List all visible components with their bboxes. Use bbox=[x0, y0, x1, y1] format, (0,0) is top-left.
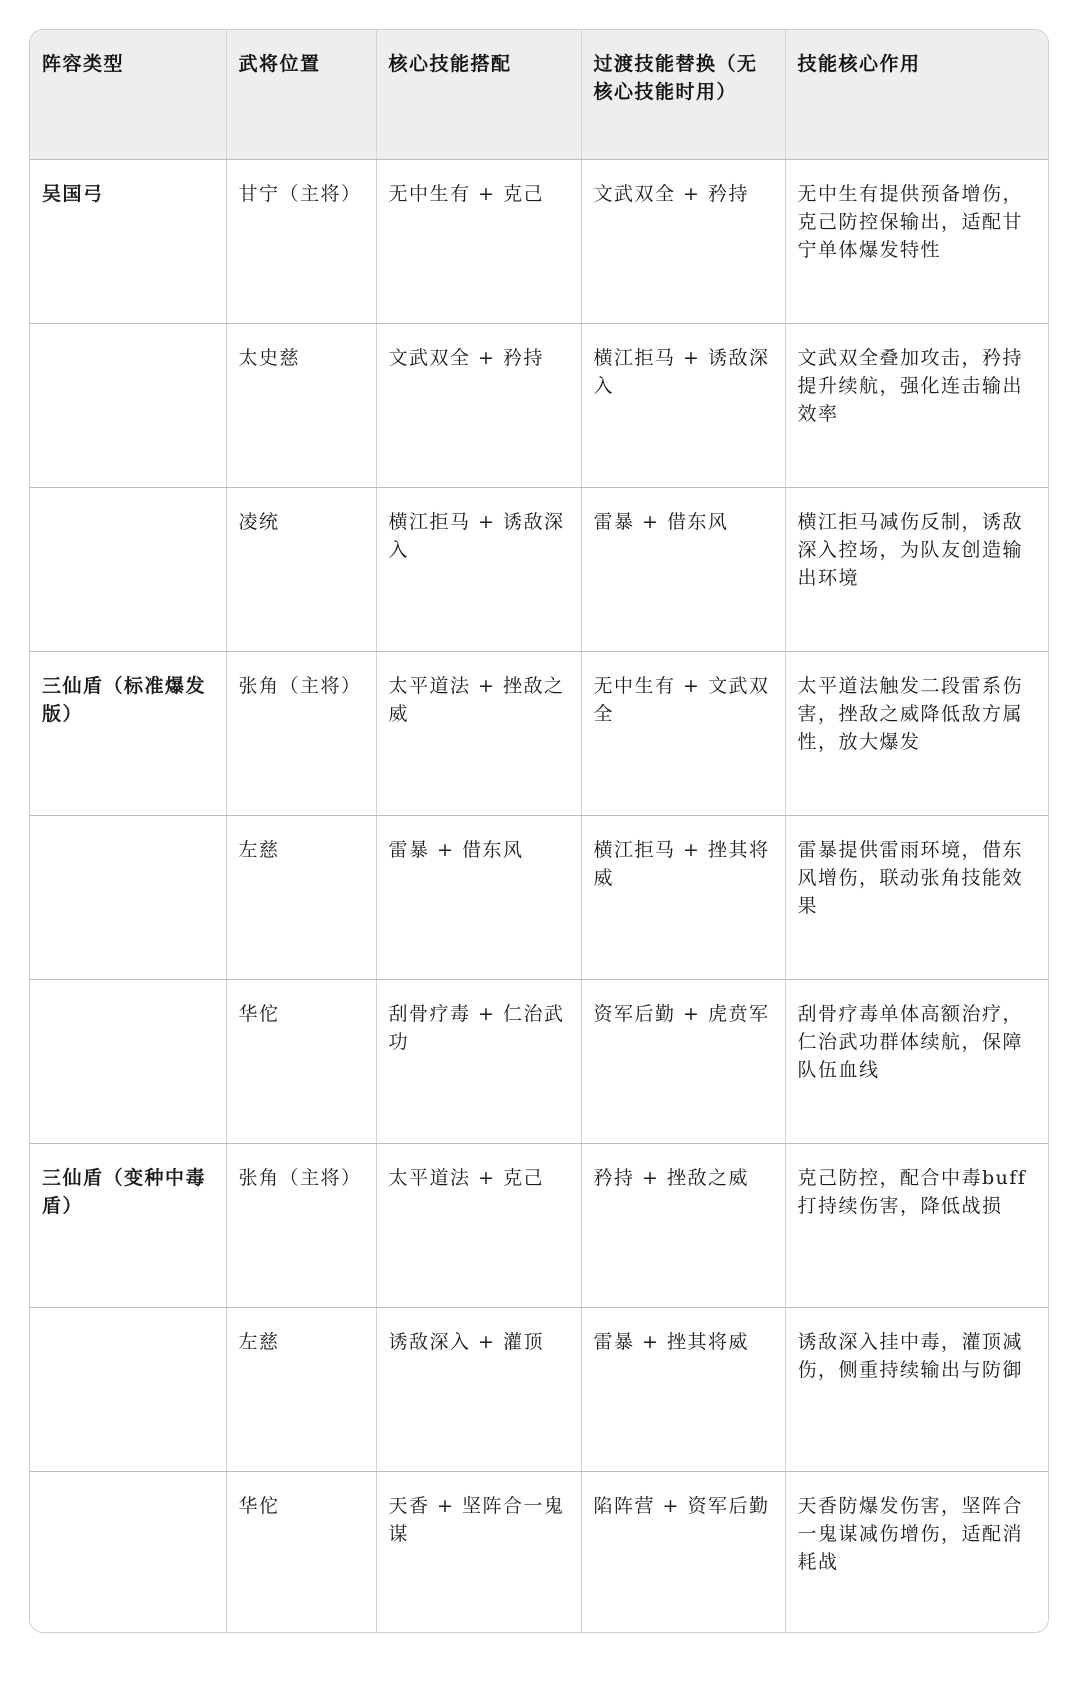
transition-skills-cell: 文武双全 + 矜持 bbox=[581, 159, 785, 323]
lineup-cell bbox=[30, 815, 226, 979]
skill-table: 阵容类型 武将位置 核心技能搭配 过渡技能替换（无核心技能时用） 技能核心作用 … bbox=[30, 30, 1048, 1633]
transition-skills-cell: 矜持 + 挫敌之威 bbox=[581, 1143, 785, 1307]
table-body: 吴国弓 甘宁（主将） 无中生有 + 克己 文武双全 + 矜持 无中生有提供预备增… bbox=[30, 159, 1048, 1633]
transition-skills-cell: 陷阵营 + 资军后勤 bbox=[581, 1471, 785, 1633]
transition-skills-cell: 资军后勤 + 虎贲军 bbox=[581, 979, 785, 1143]
general-cell: 甘宁（主将） bbox=[226, 159, 376, 323]
table-row: 吴国弓 甘宁（主将） 无中生有 + 克己 文武双全 + 矜持 无中生有提供预备增… bbox=[30, 159, 1048, 323]
lineup-cell bbox=[30, 323, 226, 487]
general-cell: 张角（主将） bbox=[226, 1143, 376, 1307]
core-skills-cell: 太平道法 + 克己 bbox=[376, 1143, 581, 1307]
table-row: 华佗 天香 + 坚阵合一鬼谋 陷阵营 + 资军后勤 天香防爆发伤害，坚阵合一鬼谋… bbox=[30, 1471, 1048, 1633]
header-transition-skills: 过渡技能替换（无核心技能时用） bbox=[581, 30, 785, 159]
lineup-cell: 吴国弓 bbox=[30, 159, 226, 323]
effect-cell: 文武双全叠加攻击，矜持提升续航，强化连击输出效率 bbox=[785, 323, 1048, 487]
table-row: 华佗 刮骨疗毒 + 仁治武功 资军后勤 + 虎贲军 刮骨疗毒单体高额治疗，仁治武… bbox=[30, 979, 1048, 1143]
effect-cell: 刮骨疗毒单体高额治疗，仁治武功群体续航，保障队伍血线 bbox=[785, 979, 1048, 1143]
header-skill-effect: 技能核心作用 bbox=[785, 30, 1048, 159]
general-cell: 左慈 bbox=[226, 815, 376, 979]
lineup-cell bbox=[30, 1307, 226, 1471]
transition-skills-cell: 雷暴 + 挫其将威 bbox=[581, 1307, 785, 1471]
table-row: 左慈 雷暴 + 借东风 横江拒马 + 挫其将威 雷暴提供雷雨环境，借东风增伤，联… bbox=[30, 815, 1048, 979]
table-row: 三仙盾（标准爆发版） 张角（主将） 太平道法 + 挫敌之威 无中生有 + 文武双… bbox=[30, 651, 1048, 815]
effect-cell: 横江拒马减伤反制，诱敌深入控场，为队友创造输出环境 bbox=[785, 487, 1048, 651]
table-row: 太史慈 文武双全 + 矜持 横江拒马 + 诱敌深入 文武双全叠加攻击，矜持提升续… bbox=[30, 323, 1048, 487]
core-skills-cell: 天香 + 坚阵合一鬼谋 bbox=[376, 1471, 581, 1633]
core-skills-cell: 雷暴 + 借东风 bbox=[376, 815, 581, 979]
header-core-skills: 核心技能搭配 bbox=[376, 30, 581, 159]
effect-cell: 无中生有提供预备增伤，克己防控保输出，适配甘宁单体爆发特性 bbox=[785, 159, 1048, 323]
general-cell: 太史慈 bbox=[226, 323, 376, 487]
core-skills-cell: 文武双全 + 矜持 bbox=[376, 323, 581, 487]
core-skills-cell: 无中生有 + 克己 bbox=[376, 159, 581, 323]
effect-cell: 太平道法触发二段雷系伤害，挫敌之威降低敌方属性，放大爆发 bbox=[785, 651, 1048, 815]
table-row: 凌统 横江拒马 + 诱敌深入 雷暴 + 借东风 横江拒马减伤反制，诱敌深入控场，… bbox=[30, 487, 1048, 651]
core-skills-cell: 太平道法 + 挫敌之威 bbox=[376, 651, 581, 815]
table-row: 三仙盾（变种中毒盾） 张角（主将） 太平道法 + 克己 矜持 + 挫敌之威 克己… bbox=[30, 1143, 1048, 1307]
header-row: 阵容类型 武将位置 核心技能搭配 过渡技能替换（无核心技能时用） 技能核心作用 bbox=[30, 30, 1048, 159]
core-skills-cell: 刮骨疗毒 + 仁治武功 bbox=[376, 979, 581, 1143]
lineup-cell: 三仙盾（标准爆发版） bbox=[30, 651, 226, 815]
transition-skills-cell: 雷暴 + 借东风 bbox=[581, 487, 785, 651]
effect-cell: 克己防控，配合中毒buff打持续伤害，降低战损 bbox=[785, 1143, 1048, 1307]
general-cell: 凌统 bbox=[226, 487, 376, 651]
effect-cell: 雷暴提供雷雨环境，借东风增伤，联动张角技能效果 bbox=[785, 815, 1048, 979]
effect-cell: 天香防爆发伤害，坚阵合一鬼谋减伤增伤，适配消耗战 bbox=[785, 1471, 1048, 1633]
core-skills-cell: 诱敌深入 + 灌顶 bbox=[376, 1307, 581, 1471]
lineup-cell bbox=[30, 979, 226, 1143]
table-row: 左慈 诱敌深入 + 灌顶 雷暴 + 挫其将威 诱敌深入挂中毒，灌顶减伤，侧重持续… bbox=[30, 1307, 1048, 1471]
general-cell: 华佗 bbox=[226, 979, 376, 1143]
header-general-position: 武将位置 bbox=[226, 30, 376, 159]
lineup-cell bbox=[30, 1471, 226, 1633]
transition-skills-cell: 横江拒马 + 诱敌深入 bbox=[581, 323, 785, 487]
lineup-cell: 三仙盾（变种中毒盾） bbox=[30, 1143, 226, 1307]
lineup-cell bbox=[30, 487, 226, 651]
header-lineup-type: 阵容类型 bbox=[30, 30, 226, 159]
effect-cell: 诱敌深入挂中毒，灌顶减伤，侧重持续输出与防御 bbox=[785, 1307, 1048, 1471]
general-cell: 张角（主将） bbox=[226, 651, 376, 815]
general-cell: 左慈 bbox=[226, 1307, 376, 1471]
general-cell: 华佗 bbox=[226, 1471, 376, 1633]
core-skills-cell: 横江拒马 + 诱敌深入 bbox=[376, 487, 581, 651]
lineup-skill-table: 阵容类型 武将位置 核心技能搭配 过渡技能替换（无核心技能时用） 技能核心作用 … bbox=[29, 29, 1049, 1633]
transition-skills-cell: 无中生有 + 文武双全 bbox=[581, 651, 785, 815]
transition-skills-cell: 横江拒马 + 挫其将威 bbox=[581, 815, 785, 979]
table-header: 阵容类型 武将位置 核心技能搭配 过渡技能替换（无核心技能时用） 技能核心作用 bbox=[30, 30, 1048, 159]
